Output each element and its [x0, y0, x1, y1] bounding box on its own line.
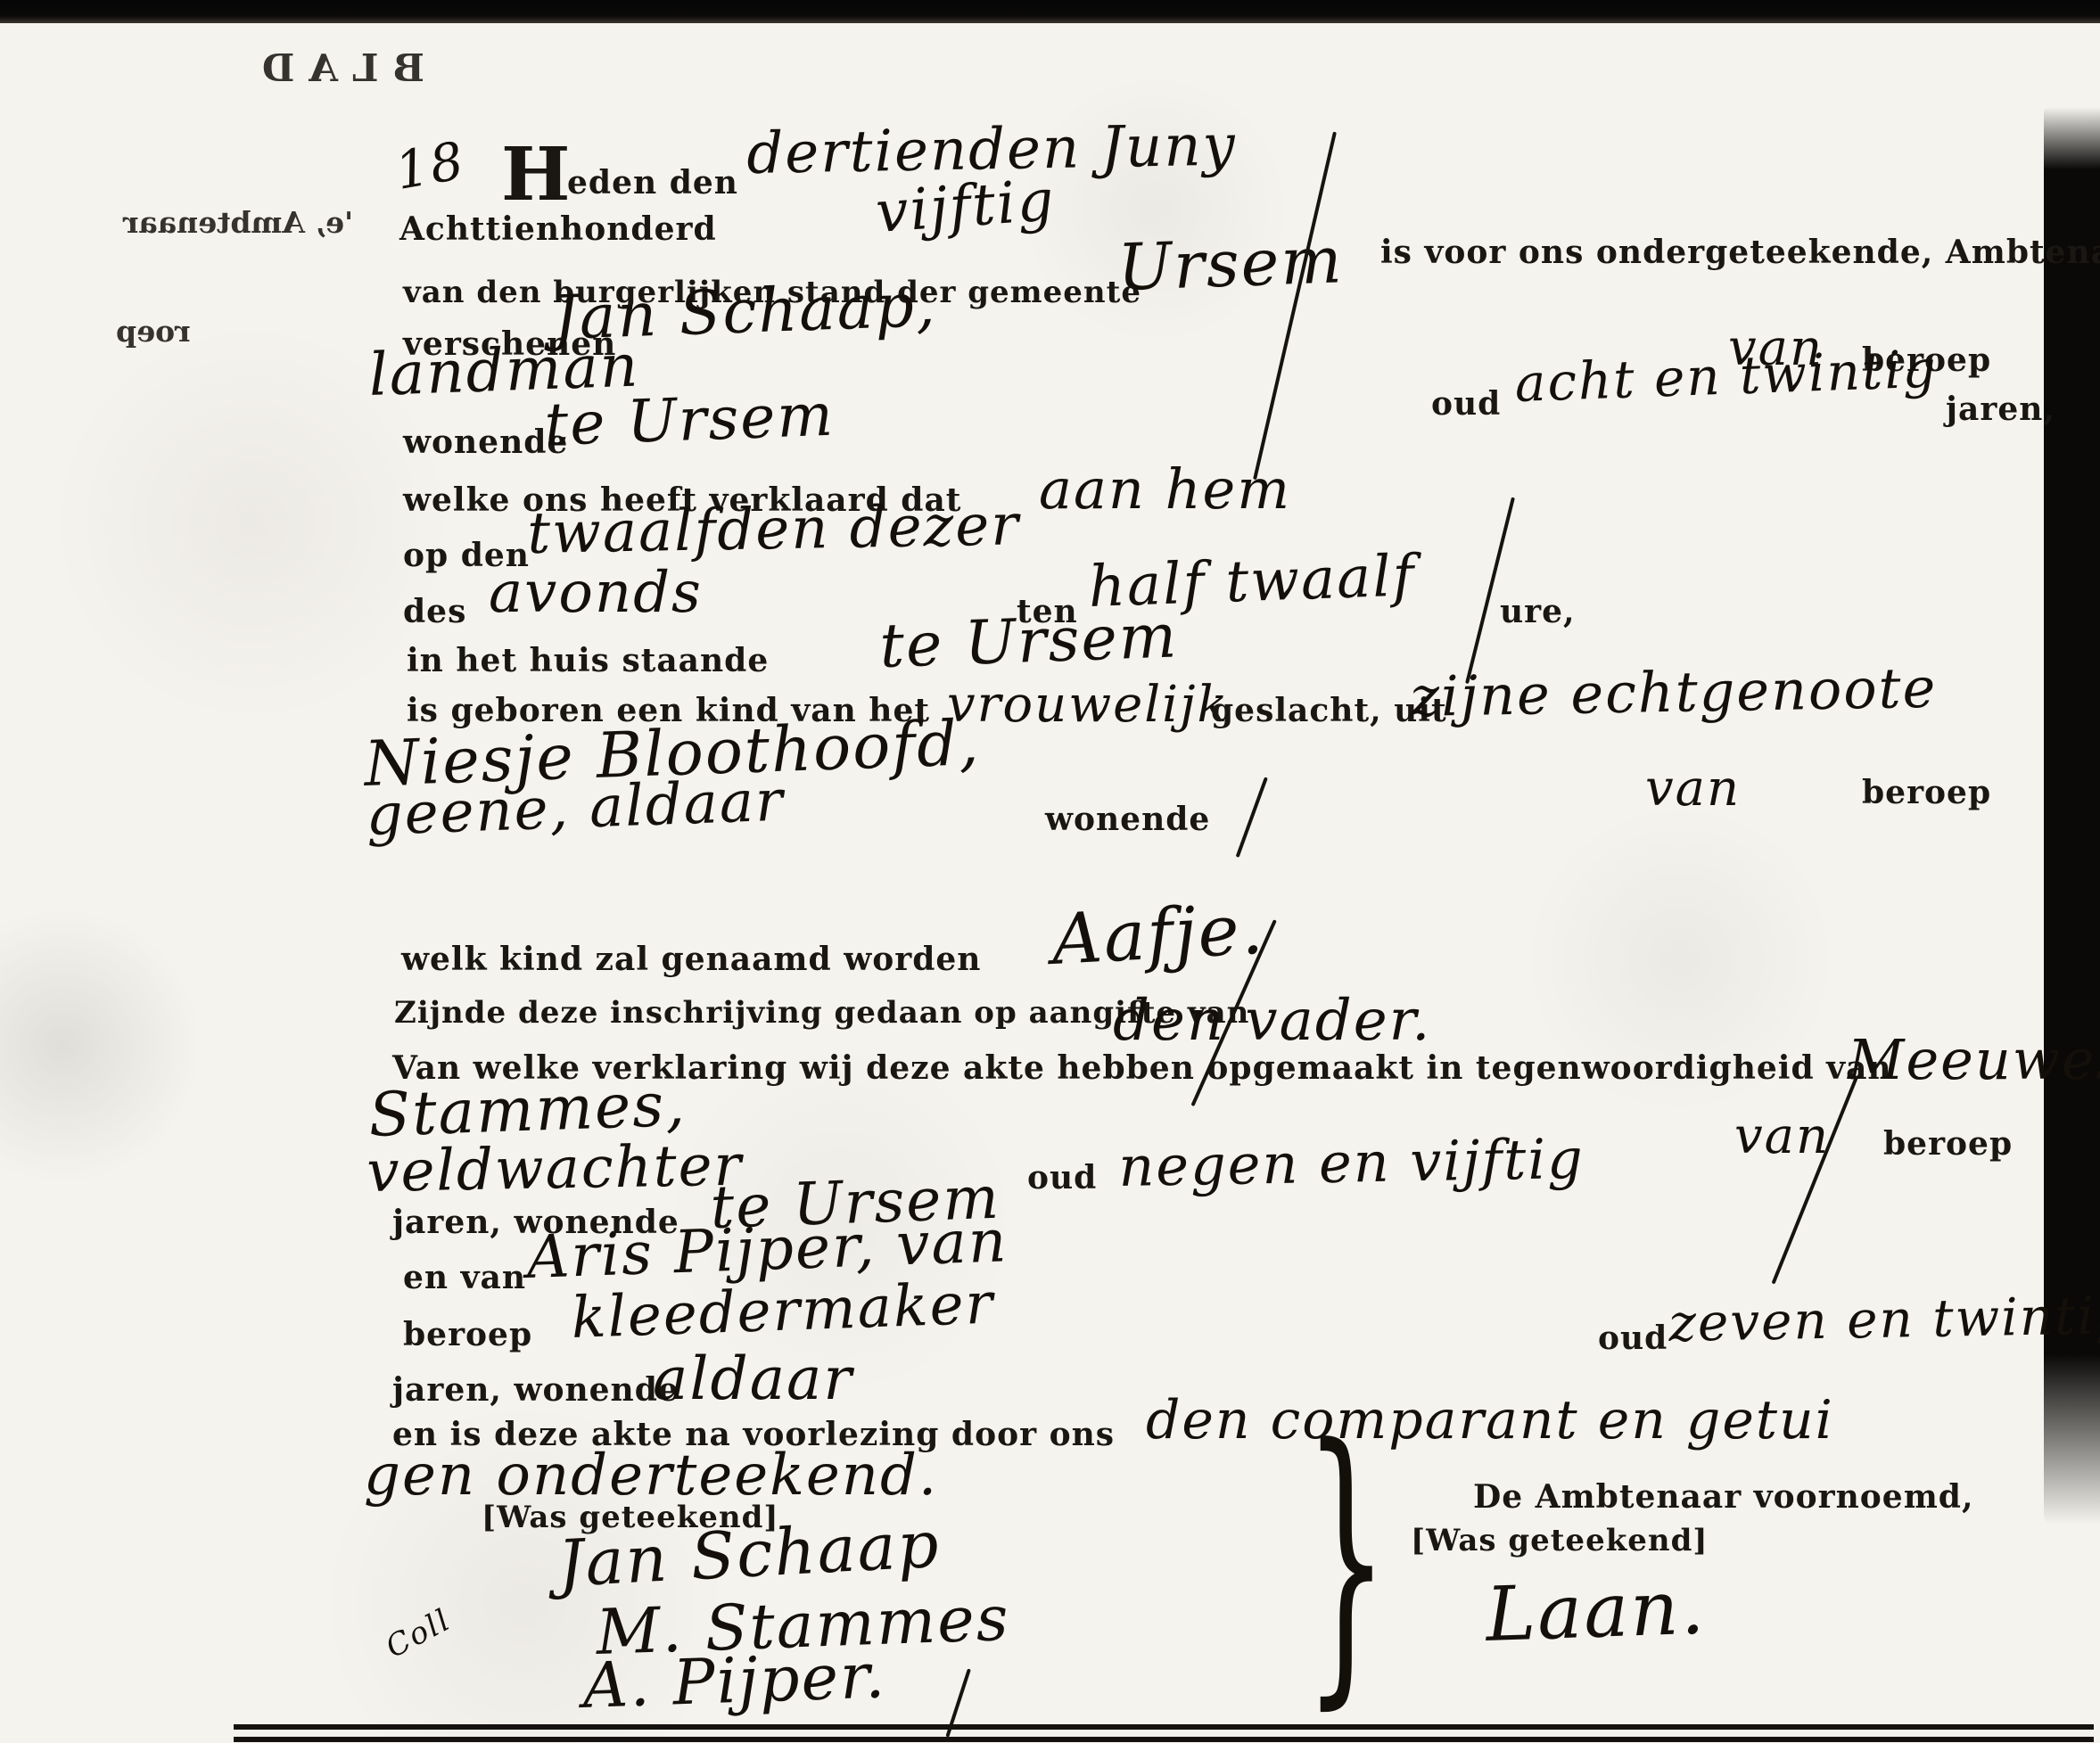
pen-flourish	[1236, 777, 1268, 858]
hw-witness2-occupation: kleedermaker	[570, 1270, 995, 1352]
hw-birth-day: twaalfden dezer	[527, 492, 1021, 567]
hw-witness1-firstname: Meeuwes	[1848, 1027, 2100, 1092]
printed-huis-staande: in het huis staande	[407, 642, 769, 679]
printed-witness1-oud: oud	[1027, 1159, 1097, 1196]
hw-aan-hem: aan hem	[1039, 456, 1291, 522]
hw-witness1-age: negen en vijftig	[1118, 1126, 1585, 1199]
printed-genaamd-worden: welk kind zal genaamd worden	[401, 941, 981, 978]
hw-declarant-age: acht en twintig	[1514, 338, 1939, 414]
printed-declarant-oud: oud	[1431, 385, 1501, 423]
hw-closing-line1: den comparant en getui	[1146, 1389, 1834, 1451]
bottom-rule-upper	[234, 1724, 2094, 1730]
scan-edge-top	[0, 0, 2100, 23]
hw-daypart: avonds	[489, 560, 703, 626]
bleedthrough-ambtenaar-mirrored: 'e, Ambtenaar	[123, 205, 353, 240]
printed-witness2-jaren-wonende: jaren, wonende	[392, 1371, 679, 1409]
printed-achttienhonderd: Achttienhonderd	[399, 210, 717, 248]
signature-official: Laan.	[1485, 1563, 1708, 1658]
printed-mother-beroep: beroep	[1862, 774, 1991, 811]
printed-ure: ure,	[1500, 593, 1576, 630]
hw-coll-note: Coll	[380, 1602, 457, 1665]
printed-witness2-beroep: beroep	[403, 1316, 532, 1353]
printed-en-van: en van	[403, 1259, 526, 1296]
signature-brace: }	[1304, 1410, 1388, 1710]
printed-des: des	[403, 593, 466, 630]
hw-mother-occupation: geene, aldaar	[365, 769, 785, 849]
bleedthrough-beroep-mirrored: roep	[116, 314, 190, 349]
scanned-birth-record: BLAD 'e, Ambtenaar roep 18 H eden den de…	[0, 0, 2100, 1743]
printed-ambtenaar-voornoemd: De Ambtenaar voornoemd,	[1473, 1478, 1974, 1516]
hw-mother-van: van	[1645, 760, 1741, 818]
printed-witness2-oud: oud	[1598, 1320, 1668, 1357]
printed-witness1-beroep: beroep	[1883, 1125, 2013, 1163]
hw-echtgenoote: zijne echtgenoote	[1410, 655, 1938, 729]
hw-declarant-residence: te Ursem	[543, 381, 836, 459]
printed-was-geteekend-right: [Was geteekend]	[1411, 1523, 1708, 1558]
printed-heden-rest: eden den	[567, 164, 738, 201]
bleedthrough-blad-mirrored: BLAD	[248, 46, 424, 90]
printed-official-intro: is voor ons ondergeteekende, Ambtenaar	[1380, 234, 2100, 271]
hw-witness1-occupation: veldwachter	[366, 1133, 744, 1205]
hw-witness2-age: zeven en twintig	[1668, 1285, 2100, 1353]
hw-witness2-residence: aldaar	[653, 1344, 853, 1413]
hw-year: vijftig	[874, 168, 1058, 246]
printed-mother-wonende: wonende	[1045, 801, 1210, 838]
printed-declarant-wonende: wonende	[403, 423, 568, 461]
pen-flourish	[1465, 497, 1515, 685]
printed-heden-initial: H	[501, 132, 571, 218]
hw-aangifte-door: den vader.	[1113, 988, 1431, 1054]
hw-closing-line2: gen onderteekend.	[364, 1443, 938, 1509]
hw-child-name: Aafje.	[1050, 890, 1266, 981]
pen-flourish	[1253, 132, 1337, 481]
hw-gender: vrouwelijk	[947, 676, 1229, 734]
printed-declarant-jaren: jaren,	[1946, 391, 2055, 428]
act-number: 18	[391, 130, 469, 201]
signature-witness2: A. Pijper.	[581, 1639, 887, 1722]
hw-witness1-van: van	[1734, 1107, 1830, 1165]
hw-huis-place: te Ursem	[878, 601, 1179, 682]
bottom-rule-lower	[234, 1737, 2094, 1742]
